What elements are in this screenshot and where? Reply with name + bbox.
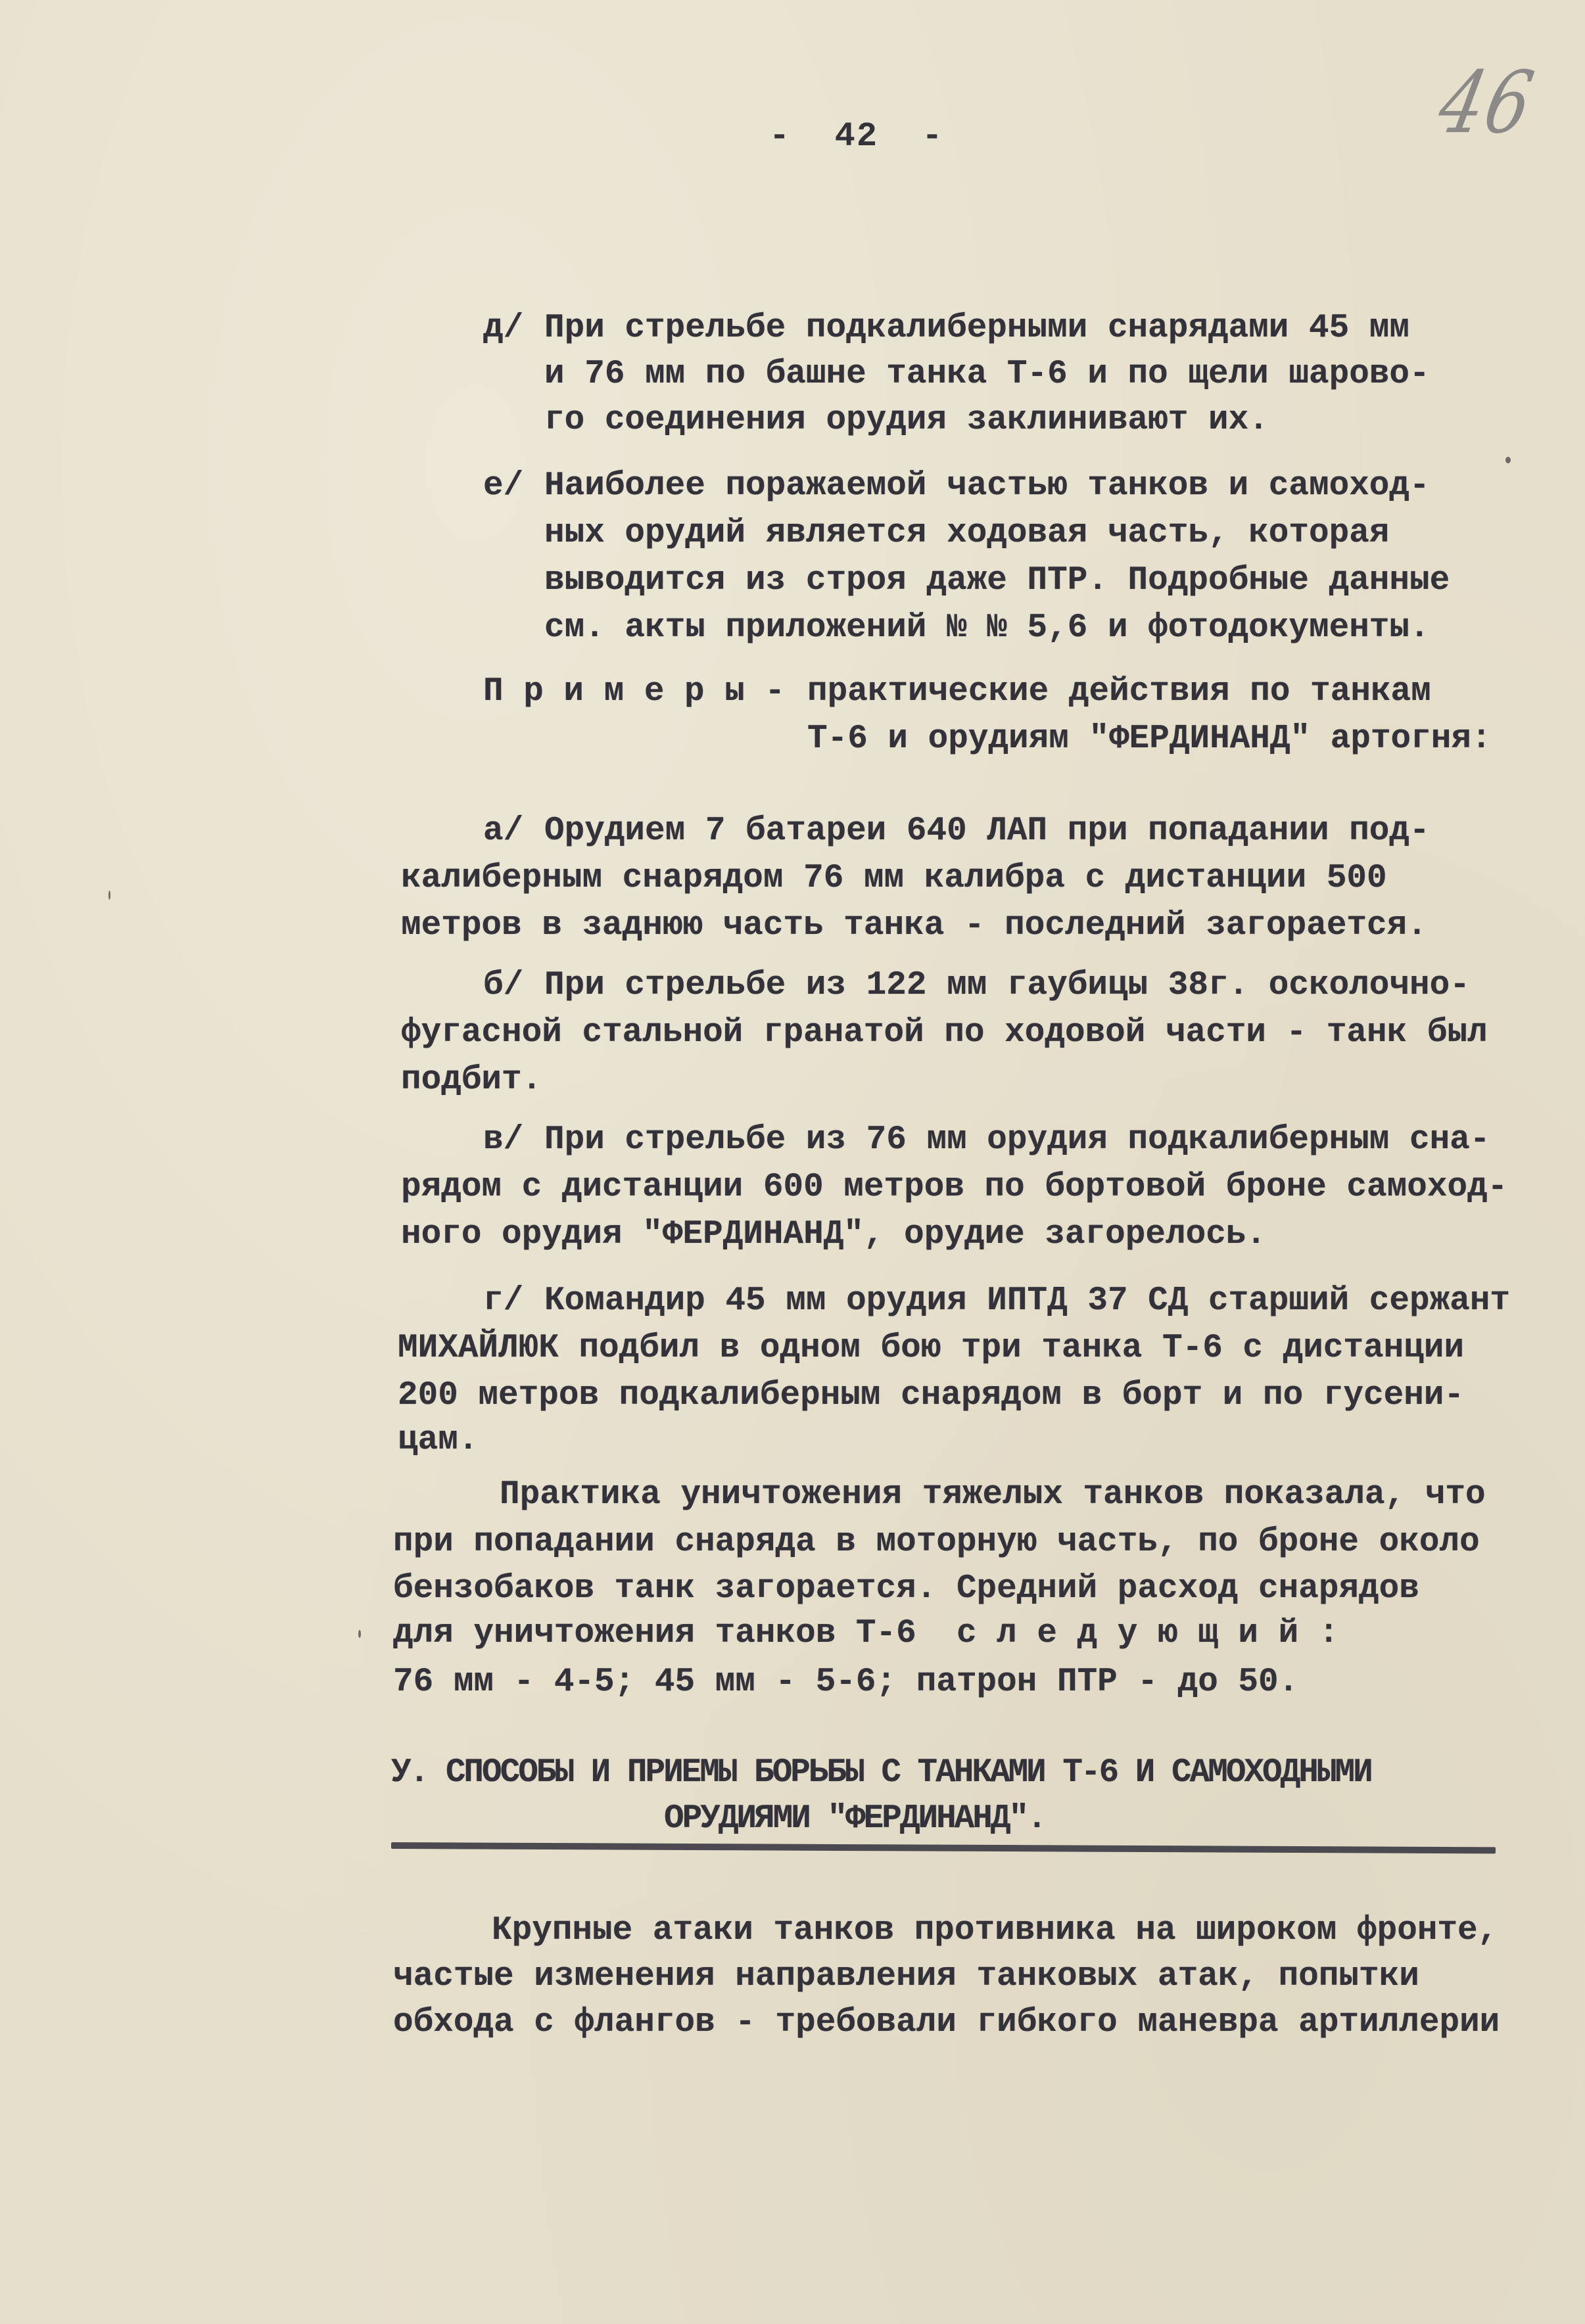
text-line: 200 метров подкалиберным снарядом в борт…: [398, 1376, 1464, 1416]
text-line: фугасной стальной гранатой по ходовой ча…: [401, 1013, 1488, 1053]
examples-label-spaced: П р и м е р ы -: [483, 672, 785, 712]
text-line: Практика уничтожения тяжелых танков пока…: [500, 1476, 1486, 1515]
paper-speck: [108, 891, 110, 900]
text-line: ного орудия "ФЕРДИНАНД", орудие загорело…: [401, 1215, 1266, 1255]
section-title-line: ОРУДИЯМИ "ФЕРДИНАНД".: [664, 1800, 1045, 1839]
text-line: МИХАЙЛЮК подбил в одном бою три танка Т-…: [398, 1329, 1464, 1368]
text-line: Орудием 7 батареи 640 ЛАП при попадании …: [544, 812, 1430, 851]
examples-heading-line: практические действия по танкам: [807, 672, 1431, 712]
text-line: выводится из строя даже ПТР. Подробные д…: [544, 561, 1450, 601]
text-line: и 76 мм по башне танка Т-6 и по щели шар…: [544, 355, 1430, 394]
handwritten-folio-number: 46: [1431, 53, 1543, 152]
text-line: при попадании снаряда в моторную часть, …: [393, 1523, 1480, 1562]
page-number: - 42 -: [769, 117, 944, 156]
text-line: для уничтожения танков Т-6 с л е д у ю щ…: [393, 1614, 1338, 1654]
examples-heading-line: Т-6 и орудиям "ФЕРДИНАНД" артогня:: [807, 720, 1492, 759]
item-label: а/: [483, 812, 523, 851]
text-line: При стрельбе из 76 мм орудия подкалиберн…: [544, 1121, 1490, 1160]
text-line: подбит.: [401, 1061, 542, 1100]
text-line: Крупные атаки танков противника на широк…: [492, 1911, 1498, 1951]
text-line: Наиболее поражаемой частью танков и само…: [544, 467, 1430, 506]
item-label: в/: [483, 1121, 523, 1160]
text-line: При стрельбе из 122 мм гаубицы 38г. оско…: [544, 966, 1470, 1006]
text-line: обхода с флангов - требовали гибкого ман…: [393, 2003, 1500, 2043]
item-label: д/: [483, 309, 523, 348]
text-line: метров в заднюю часть танка - последний …: [401, 906, 1427, 946]
text-line: частые изменения направления танковых ат…: [393, 1957, 1419, 1997]
paper-speck: [1505, 457, 1511, 463]
text-line: цам.: [398, 1421, 478, 1460]
text-line: бензобаков танк загорается. Средний расх…: [393, 1569, 1419, 1609]
text-line: 76 мм - 4-5; 45 мм - 5-6; патрон ПТР - д…: [393, 1663, 1298, 1702]
text-line: При стрельбе подкалиберными снарядами 45…: [544, 309, 1409, 348]
section-title-line: У. СПОСОБЫ И ПРИЕМЫ БОРЬБЫ С ТАНКАМИ Т-6…: [391, 1754, 1371, 1793]
text-line: см. акты приложений № № 5,6 и фотодокуме…: [544, 609, 1430, 648]
item-label: г/: [483, 1282, 523, 1321]
text-line: рядом с дистанции 600 метров по бортовой…: [401, 1168, 1507, 1207]
heading-underline: [391, 1842, 1496, 1853]
paper-speck: [358, 1630, 361, 1638]
text-line: ных орудий является ходовая часть, котор…: [544, 514, 1389, 553]
text-line: Командир 45 мм орудия ИПТД 37 СД старший…: [544, 1282, 1510, 1321]
item-label: б/: [483, 966, 523, 1006]
text-line: го соединения орудия заклинивают их.: [544, 401, 1269, 440]
text-line: калиберным снарядом 76 мм калибра с дист…: [401, 859, 1387, 898]
item-label: е/: [483, 467, 523, 506]
